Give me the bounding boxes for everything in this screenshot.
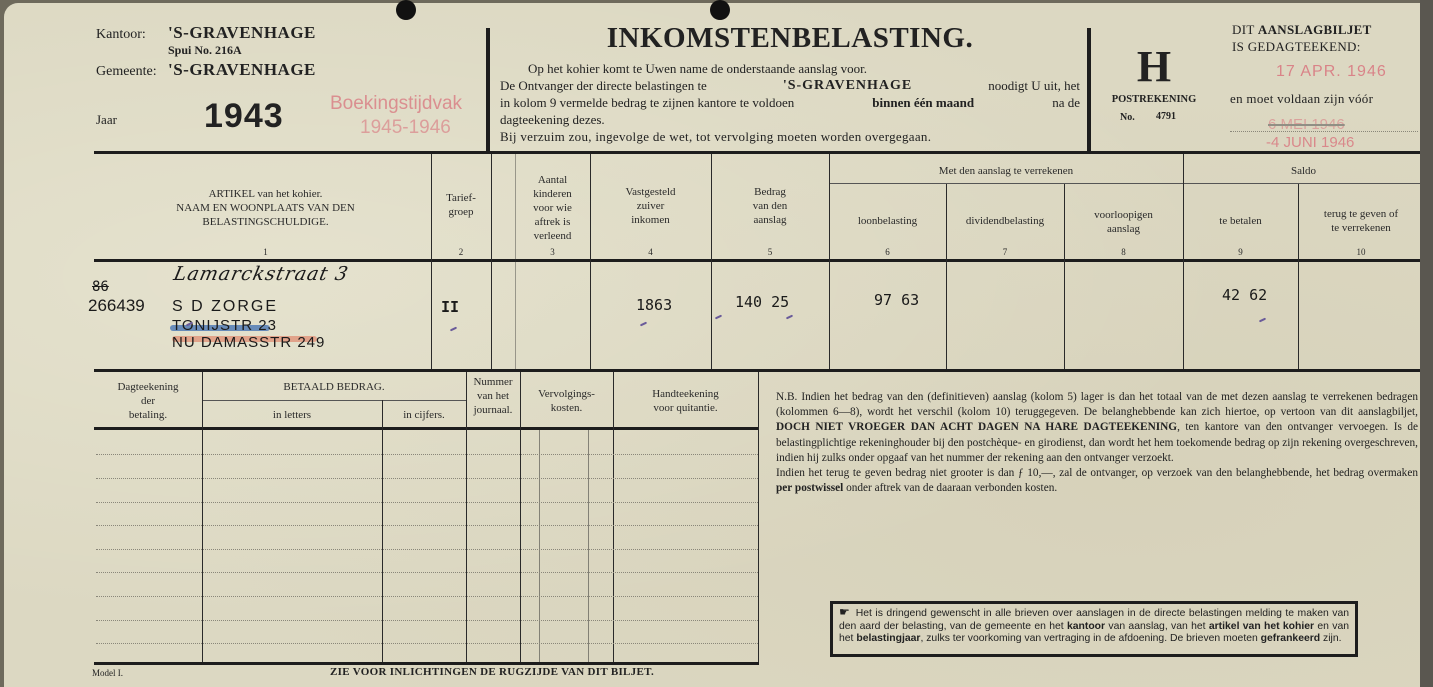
group-header-verrekenen: Met den aanslag te verrekenen — [829, 164, 1183, 178]
handwritten-address: Lamarckstraat 3 — [172, 263, 351, 285]
title-line-1: Op het kohier komt te Uwen name de onder… — [500, 60, 1080, 77]
nb-note: N.B. Indien het bedrag van den (definiti… — [776, 390, 1418, 496]
col-line — [1183, 154, 1184, 369]
col-num-9: 9 — [1183, 247, 1298, 257]
payments-header-bottom-rule — [94, 427, 759, 430]
due-stamp: -4 JUNI 1946 — [1266, 134, 1354, 151]
tariefgroep-value: II — [441, 298, 459, 316]
col-header-7: dividendbelasting — [946, 214, 1064, 228]
boekingstijdvak-stamp-label: Boekingstijdvak — [330, 93, 462, 115]
divider-title-right — [1087, 28, 1091, 151]
col-num-7: 7 — [946, 247, 1064, 257]
postrekening-letter: H — [1104, 41, 1204, 92]
postrekening-no-label: No. — [1120, 112, 1135, 123]
check-mark — [786, 315, 793, 320]
model-label: Model I. — [92, 668, 123, 678]
pay-row-line — [96, 572, 758, 573]
correspondence-notice-text: ☛Het is dringend gewenscht in alle briev… — [839, 606, 1349, 646]
dated-stamp: 17 APR. 1946 — [1276, 63, 1387, 81]
gemeente-value: 'S-GRAVENHAGE — [168, 60, 316, 80]
pay-row-line — [96, 525, 758, 526]
col-header-2: Tarief- groep — [431, 191, 491, 219]
jaar-label: Jaar — [96, 112, 117, 128]
group-header-saldo: Saldo — [1183, 164, 1424, 178]
footer-notice: ZIE VOOR INLICHTINGEN DE RUGZIJDE VAN DI… — [330, 666, 654, 678]
punch-hole-right — [710, 0, 730, 20]
postrekening-no-value: 4791 — [1156, 111, 1176, 122]
due-label: en moet voldaan zijn vóór — [1230, 91, 1373, 107]
kantoor-label: Kantoor: — [96, 27, 146, 43]
col-header-8: voorloopigen aanslag — [1064, 208, 1183, 236]
col-header-6: loonbelasting — [829, 214, 946, 228]
taxpayer-name: S D ZORGE — [172, 298, 278, 316]
col-line — [946, 184, 947, 369]
col-header-5: Bedrag van den aanslag — [711, 185, 829, 227]
pay-header-kosten: Vervolgings- kosten. — [520, 387, 613, 415]
page-edge — [1420, 0, 1433, 687]
boekingstijdvak-stamp-period: 1945-1946 — [360, 117, 451, 139]
col-header-9: te betalen — [1183, 214, 1298, 228]
col-num-10: 10 — [1298, 247, 1424, 257]
pay-col-line — [758, 372, 759, 662]
table-bottom-rule — [94, 369, 1424, 372]
artikel-number: 266439 — [88, 296, 145, 316]
title-text: Op het kohier komt te Uwen name de onder… — [500, 60, 1080, 145]
dated-line-1: DIT AANSLAGBILJET — [1232, 22, 1372, 38]
col-num-8: 8 — [1064, 247, 1183, 257]
dated-line-2: IS GEDAGTEEKEND: — [1232, 39, 1361, 55]
col-num-3: 3 — [515, 247, 590, 257]
pay-row-line — [96, 596, 758, 597]
col-header-10: terug te geven of te verrekenen — [1298, 207, 1424, 235]
loonbelasting-value: 97 63 — [874, 291, 919, 309]
col-num-6: 6 — [829, 247, 946, 257]
jaar-value: 1943 — [204, 97, 284, 136]
pay-col-line — [520, 372, 521, 662]
table-header-bottom-rule — [94, 259, 1424, 262]
betaald-sub-rule — [202, 400, 466, 401]
col-line — [829, 154, 830, 369]
punch-hole-left — [396, 0, 416, 20]
col-header-4: Vastgesteld zuiver inkomen — [590, 185, 711, 227]
pay-row-line — [96, 643, 758, 644]
gemeente-label: Gemeente: — [96, 64, 157, 80]
title-line-5: Bij verzuim zou, ingevolge de wet, tot v… — [500, 128, 1080, 145]
col-header-1: ARTIKEL van het kohier. NAAM EN WOONPLAA… — [100, 187, 431, 229]
title-line-4: dagteekening dezes. — [500, 111, 1080, 128]
check-mark — [1259, 318, 1266, 323]
zuiver-inkomen-value: 1863 — [636, 296, 672, 314]
col-num-5: 5 — [711, 247, 829, 257]
col-header-3: Aantal kinderen voor wie aftrek is verle… — [515, 173, 590, 243]
title-line-3: in kolom 9 vermelde bedrag te zijnen kan… — [500, 94, 1080, 111]
col-num-1: 1 — [100, 247, 431, 257]
pay-row-line — [96, 620, 758, 621]
pay-col-line — [613, 372, 614, 662]
check-mark — [450, 327, 457, 332]
pay-header-letters: in letters — [202, 408, 382, 422]
pay-col-line — [382, 400, 383, 662]
pointing-hand-icon: ☛ — [839, 605, 850, 619]
pay-header-journaal: Nummer van het journaal. — [466, 375, 520, 417]
pay-header-date: Dagteekening der betaling. — [94, 380, 202, 422]
pay-header-betaald: BETAALD BEDRAG. — [202, 380, 466, 394]
kantoor-value: 'S-GRAVENHAGE — [168, 23, 316, 43]
tax-assessment-form: Kantoor: 'S-GRAVENHAGE Spui No. 216A Gem… — [4, 3, 1420, 687]
pay-col-line — [588, 430, 589, 662]
due-stamp-struck: 6 MEI 1946 — [1268, 116, 1345, 133]
pay-row-line — [96, 454, 758, 455]
nb-paragraph-2: Indien het terug te geven bedrag niet gr… — [776, 466, 1418, 496]
kantoor-address: Spui No. 216A — [168, 43, 242, 58]
pay-row-line — [96, 478, 758, 479]
te-betalen-value: 42 62 — [1222, 286, 1267, 304]
col-line — [491, 154, 492, 369]
pay-header-handteekening: Handteekening voor quitantie. — [613, 387, 758, 415]
postrekening-label: POSTREKENING — [1100, 94, 1208, 105]
bedrag-aanslag-value: 140 25 — [735, 293, 789, 311]
table-top-rule — [94, 151, 1424, 154]
nb-paragraph-1: N.B. Indien het bedrag van den (definiti… — [776, 390, 1418, 466]
group-subheader-rule — [829, 183, 1424, 184]
correspondence-notice-box: ☛Het is dringend gewenscht in alle briev… — [830, 601, 1358, 657]
form-title: INKOMSTENBELASTING. — [490, 22, 1090, 55]
pay-row-line — [96, 502, 758, 503]
footer-rule — [94, 662, 759, 665]
check-mark — [640, 322, 647, 327]
col-num-2: 2 — [431, 247, 491, 257]
pay-header-cijfers: in cijfers. — [382, 408, 466, 422]
ontvanger-city: 'S-GRAVENHAGE — [783, 77, 912, 94]
new-address: NU DAMASSTR 249 — [172, 334, 325, 351]
check-mark — [715, 315, 722, 320]
pay-row-line — [96, 549, 758, 550]
pay-col-line — [539, 430, 540, 662]
col-line — [431, 154, 432, 369]
col-num-4: 4 — [590, 247, 711, 257]
artikel-prefix: 86 — [92, 279, 109, 295]
title-line-2: De Ontvanger der directe belastingen te … — [500, 77, 1080, 94]
